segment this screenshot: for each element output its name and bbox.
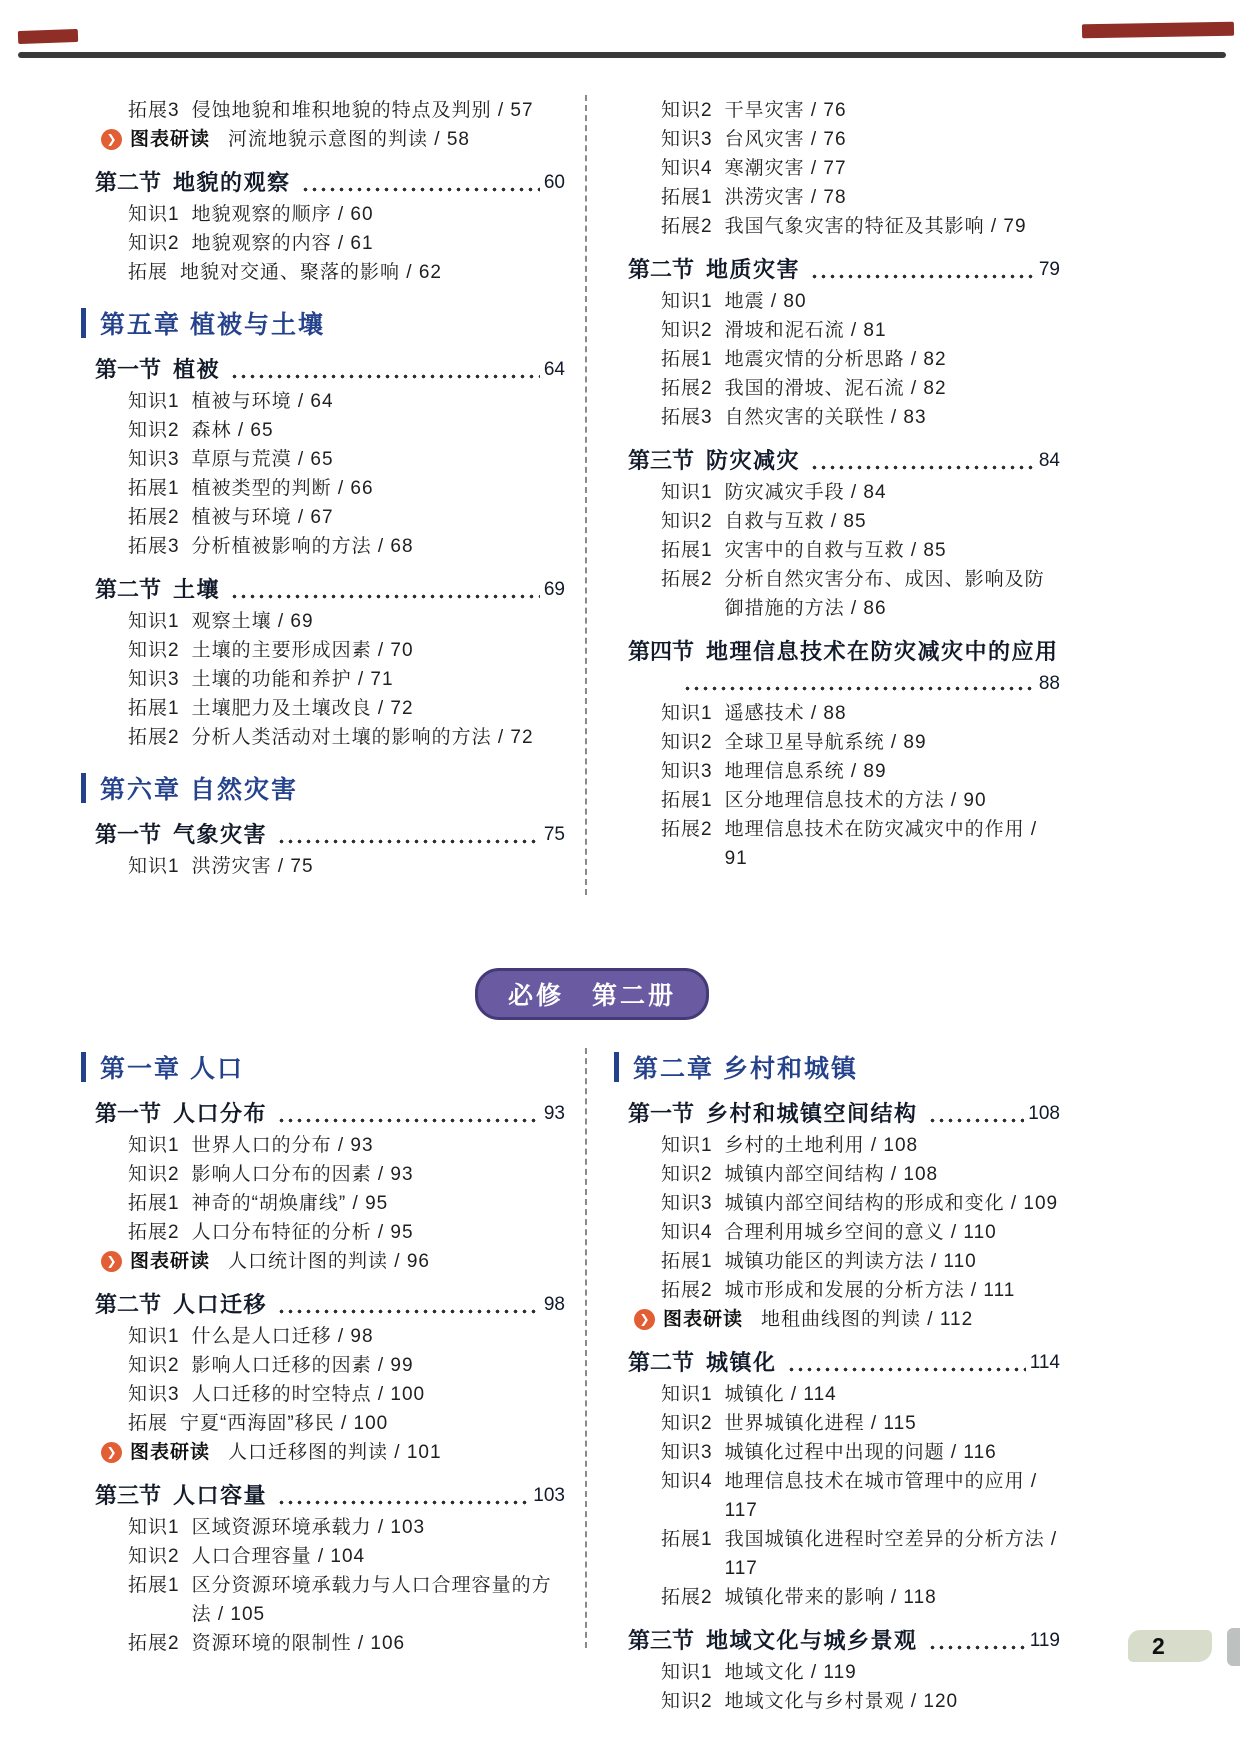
toc-entry: 拓展地貌对交通、聚落的影响 / 62: [128, 258, 565, 287]
section-label: 第一节: [95, 818, 161, 852]
section-page: 64: [544, 353, 565, 387]
entry-text: 区分地理信息技术的方法 / 90: [725, 786, 1060, 815]
top-rule: [18, 52, 1226, 58]
entry-text: 地震灾情的分析思路 / 82: [725, 345, 1060, 374]
section-heading: 第一节气象灾害75: [95, 818, 565, 852]
entry-label: 拓展2: [661, 212, 713, 241]
leader-dots: [928, 1645, 1026, 1650]
entry-label: 拓展1: [661, 1525, 713, 1583]
toc-entry: 知识2地貌观察的内容 / 61: [128, 229, 565, 258]
chapter-bar: [81, 308, 86, 338]
toc-section: 第三节人口容量103知识1区域资源环境承载力 / 103知识2人口合理容量 / …: [95, 1479, 565, 1658]
entry-text: 什么是人口迁移 / 98: [192, 1322, 565, 1351]
entry-text: 区分资源环境承载力与人口合理容量的方法 / 105: [192, 1571, 565, 1629]
section-label: 第一节: [95, 1097, 161, 1131]
section-label: 第二节: [95, 1288, 161, 1322]
entry-label: 知识1: [661, 1658, 713, 1687]
chart-study-entry: ❯图表研读人口统计图的判读 / 96: [101, 1247, 565, 1276]
leader-dots: [787, 1367, 1026, 1372]
section-title: 城镇化: [706, 1346, 777, 1380]
entry-label: 知识1: [661, 287, 713, 316]
entry-text: 影响人口分布的因素 / 93: [192, 1160, 565, 1189]
scan-edge-red-left: [18, 29, 78, 44]
toc-entry: 拓展1植被类型的判断 / 66: [128, 474, 565, 503]
section-heading: 第二节人口迁移98: [95, 1288, 565, 1322]
toc-section: 第四节地理信息技术在防灾减灾中的应用88知识1遥感技术 / 88知识2全球卫星导…: [628, 635, 1060, 873]
section-heading: 第二节城镇化114: [628, 1346, 1060, 1380]
chart-study-icon: ❯: [634, 1309, 655, 1330]
entry-text: 乡村的土地利用 / 108: [725, 1131, 1060, 1160]
toc-entry: 拓展2植被与环境 / 67: [128, 503, 565, 532]
chapter-bar: [81, 773, 86, 803]
entry-label: 知识3: [661, 757, 713, 786]
entry-label: 拓展3: [661, 403, 713, 432]
toc-entry: 知识3人口迁移的时空特点 / 100: [128, 1380, 565, 1409]
section-title: 地域文化与城乡景观: [706, 1624, 918, 1658]
entry-label: 知识2: [128, 1160, 180, 1189]
entry-label: 知识4: [661, 154, 713, 183]
entry-label: 知识2: [661, 728, 713, 757]
leader-dots: [301, 187, 540, 192]
toc-section: 第一节乡村和城镇空间结构108知识1乡村的土地利用 / 108知识2城镇内部空间…: [628, 1097, 1060, 1334]
entry-text: 滑坡和泥石流 / 81: [725, 316, 1060, 345]
entry-text: 观察土壤 / 69: [192, 607, 565, 636]
entry-text: 植被与环境 / 64: [192, 387, 565, 416]
toc-entry: 知识2滑坡和泥石流 / 81: [661, 316, 1060, 345]
leader-dots: [230, 374, 540, 379]
toc-section: 第二节土壤69知识1观察土壤 / 69知识2土壤的主要形成因素 / 70知识3土…: [95, 573, 565, 752]
entry-text: 世界人口的分布 / 93: [192, 1131, 565, 1160]
entry-text: 侵蚀地貌和堆积地貌的特点及判别 / 57: [192, 96, 565, 125]
entry-label: 知识2: [661, 1409, 713, 1438]
section-leader-line: 88: [628, 669, 1060, 699]
toc-entry: 知识3城镇内部空间结构的形成和变化 / 109: [661, 1189, 1060, 1218]
chart-study-label: 图表研读: [130, 1438, 210, 1467]
toc-entry: 知识1地震 / 80: [661, 287, 1060, 316]
chart-study-entry: ❯图表研读河流地貌示意图的判读 / 58: [101, 125, 565, 154]
toc-entry: 知识4寒潮灾害 / 77: [661, 154, 1060, 183]
entry-label: 知识3: [128, 445, 180, 474]
toc-entry: 知识2影响人口分布的因素 / 93: [128, 1160, 565, 1189]
entry-text: 地理信息技术在防灾减灾中的作用 / 91: [725, 815, 1060, 873]
entry-text: 人口分布特征的分析 / 95: [192, 1218, 565, 1247]
section-page: 79: [1039, 253, 1060, 287]
section-page: 84: [1039, 444, 1060, 478]
section-page: 75: [544, 818, 565, 852]
section-page: 98: [544, 1288, 565, 1322]
entry-text: 合理利用城乡空间的意义 / 110: [725, 1218, 1060, 1247]
toc-entry: 知识3地理信息系统 / 89: [661, 757, 1060, 786]
toc-entry: 拓展1区分资源环境承载力与人口合理容量的方法 / 105: [128, 1571, 565, 1629]
entry-label: 知识2: [128, 229, 180, 258]
toc-entry: 知识1植被与环境 / 64: [128, 387, 565, 416]
entry-text: 宁夏“西海固”移民 / 100: [180, 1409, 565, 1438]
entry-label: 知识3: [661, 1189, 713, 1218]
toc-entry: 知识1世界人口的分布 / 93: [128, 1131, 565, 1160]
toc-entry: 拓展1城镇功能区的判读方法 / 110: [661, 1247, 1060, 1276]
chapter-heading: 第五章 植被与土壤: [95, 305, 565, 341]
section-page: 108: [1028, 1097, 1060, 1131]
toc-continuation: 拓展3侵蚀地貌和堆积地貌的特点及判别 / 57❯图表研读河流地貌示意图的判读 /…: [95, 96, 565, 154]
entry-text: 城镇内部空间结构 / 108: [725, 1160, 1060, 1189]
column-divider-top: [585, 95, 587, 895]
entry-label: 知识2: [128, 636, 180, 665]
chart-study-entry: ❯图表研读人口迁移图的判读 / 101: [101, 1438, 565, 1467]
entry-label: 知识1: [128, 1322, 180, 1351]
section-page: 103: [533, 1479, 565, 1513]
toc-entry: 拓展1区分地理信息技术的方法 / 90: [661, 786, 1060, 815]
entry-label: 拓展1: [128, 474, 180, 503]
entry-text: 城市形成和发展的分析方法 / 111: [725, 1276, 1060, 1305]
chapter-bar: [614, 1052, 619, 1082]
section-label: 第三节: [628, 444, 694, 478]
entry-text: 灾害中的自救与互救 / 85: [725, 536, 1060, 565]
section-page: 60: [544, 166, 565, 200]
entry-label: 知识3: [661, 125, 713, 154]
section-page: 69: [544, 573, 565, 607]
entry-label: 拓展1: [128, 1189, 180, 1218]
toc-entry: 拓展1神奇的“胡焕庸线” / 95: [128, 1189, 565, 1218]
entry-text: 城镇化 / 114: [725, 1380, 1060, 1409]
toc-entry: 拓展1洪涝灾害 / 78: [661, 183, 1060, 212]
toc-entry: 拓展3分析植被影响的方法 / 68: [128, 532, 565, 561]
toc-entry: 知识4地理信息技术在城市管理中的应用 / 117: [661, 1467, 1060, 1525]
entry-label: 拓展2: [661, 1583, 713, 1612]
chart-study-icon: ❯: [101, 1442, 122, 1463]
leader-dots: [277, 839, 540, 844]
entry-text: 自救与互救 / 85: [725, 507, 1060, 536]
entry-label: 知识1: [661, 1380, 713, 1409]
toc-entry: 拓展2分析自然灾害分布、成因、影响及防御措施的方法 / 86: [661, 565, 1060, 623]
section-title: 植被: [173, 353, 220, 387]
entry-label: 知识1: [661, 1131, 713, 1160]
entry-text: 区域资源环境承载力 / 103: [192, 1513, 565, 1542]
section-heading: 第三节防灾减灾84: [628, 444, 1060, 478]
section-label: 第一节: [95, 353, 161, 387]
entry-text: 地震 / 80: [725, 287, 1060, 316]
toc-entry: 知识2影响人口迁移的因素 / 99: [128, 1351, 565, 1380]
entry-label: 拓展1: [128, 694, 180, 723]
entry-label: 拓展2: [661, 1276, 713, 1305]
entry-text: 自然灾害的关联性 / 83: [725, 403, 1060, 432]
entry-text: 地貌对交通、聚落的影响 / 62: [180, 258, 565, 287]
entry-label: 知识2: [661, 316, 713, 345]
entry-text: 分析人类活动对土壤的影响的方法 / 72: [192, 723, 565, 752]
toc-entry: 拓展2分析人类活动对土壤的影响的方法 / 72: [128, 723, 565, 752]
toc-section: 第一节气象灾害75知识1洪涝灾害 / 75: [95, 818, 565, 881]
toc-entry: 知识2人口合理容量 / 104: [128, 1542, 565, 1571]
toc-entry: 拓展3侵蚀地貌和堆积地貌的特点及判别 / 57: [128, 96, 565, 125]
chapter-heading: 第二章 乡村和城镇: [628, 1049, 1060, 1085]
entry-text: 防灾减灾手段 / 84: [725, 478, 1060, 507]
entry-text: 城镇化过程中出现的问题 / 116: [725, 1438, 1060, 1467]
toc-entry: 拓展2地理信息技术在防灾减灾中的作用 / 91: [661, 815, 1060, 873]
entry-label: 拓展2: [661, 565, 713, 623]
toc-entry: 知识2自救与互救 / 85: [661, 507, 1060, 536]
entry-text: 台风灾害 / 76: [725, 125, 1060, 154]
entry-label: 知识1: [128, 1513, 180, 1542]
entry-label: 知识1: [661, 478, 713, 507]
entry-label: 知识2: [661, 1687, 713, 1716]
toc-entry: 拓展2资源环境的限制性 / 106: [128, 1629, 565, 1658]
entry-text: 寒潮灾害 / 77: [725, 154, 1060, 183]
leader-dots: [928, 1118, 1025, 1123]
entry-text: 土壤的功能和养护 / 71: [192, 665, 565, 694]
entry-label: 知识1: [128, 387, 180, 416]
toc-entry: 知识1观察土壤 / 69: [128, 607, 565, 636]
toc-entry: 知识2干旱灾害 / 76: [661, 96, 1060, 125]
entry-label: 拓展3: [128, 532, 180, 561]
chart-study-label: 图表研读: [130, 125, 210, 154]
entry-label: 知识4: [661, 1218, 713, 1247]
entry-label: 拓展2: [661, 374, 713, 403]
toc-section: 第一节植被64知识1植被与环境 / 64知识2森林 / 65知识3草原与荒漠 /…: [95, 353, 565, 561]
entry-label: 知识3: [661, 1438, 713, 1467]
section-label: 第三节: [95, 1479, 161, 1513]
entry-label: 知识1: [661, 699, 713, 728]
column-divider-bottom: [585, 1048, 587, 1648]
volume-badge: 必修 第二册: [475, 968, 709, 1020]
entry-text: 遥感技术 / 88: [725, 699, 1060, 728]
entry-text: 洪涝灾害 / 75: [192, 852, 565, 881]
entry-text: 土壤肥力及土壤改良 / 72: [192, 694, 565, 723]
toc-page: 拓展3侵蚀地貌和堆积地貌的特点及判别 / 57❯图表研读河流地貌示意图的判读 /…: [0, 0, 1240, 1753]
entry-text: 地域文化 / 119: [725, 1658, 1060, 1687]
entry-text: 人口统计图的判读 / 96: [228, 1247, 565, 1276]
toc-entry: 拓展2城镇化带来的影响 / 118: [661, 1583, 1060, 1612]
toc-entry: 知识1防灾减灾手段 / 84: [661, 478, 1060, 507]
toc-continuation: 知识2干旱灾害 / 76知识3台风灾害 / 76知识4寒潮灾害 / 77拓展1洪…: [628, 96, 1060, 241]
entry-text: 人口迁移图的判读 / 101: [228, 1438, 565, 1467]
chapter-title: 第二章 乡村和城镇: [633, 1049, 858, 1085]
section-page: 93: [544, 1097, 565, 1131]
section-heading: 第一节植被64: [95, 353, 565, 387]
entry-label: 拓展1: [128, 1571, 180, 1629]
entry-label: 拓展1: [661, 183, 713, 212]
entry-text: 全球卫星导航系统 / 89: [725, 728, 1060, 757]
section-heading: 第二节地质灾害79: [628, 253, 1060, 287]
section-title: 地理信息技术在防灾减灾中的应用: [706, 635, 1059, 669]
toc-entry: 知识3土壤的功能和养护 / 71: [128, 665, 565, 694]
leader-dots: [683, 686, 1035, 691]
toc-entry: 知识2城镇内部空间结构 / 108: [661, 1160, 1060, 1189]
toc-entry: 知识2土壤的主要形成因素 / 70: [128, 636, 565, 665]
toc-column-bottom-left: 第一章 人口第一节人口分布93知识1世界人口的分布 / 93知识2影响人口分布的…: [95, 1048, 565, 1658]
section-title: 防灾减灾: [706, 444, 800, 478]
toc-section: 第三节地域文化与城乡景观119知识1地域文化 / 119知识2地域文化与乡村景观…: [628, 1624, 1060, 1716]
section-label: 第一节: [628, 1097, 694, 1131]
entry-label: 拓展1: [661, 786, 713, 815]
leader-dots: [230, 594, 540, 599]
chart-study-label: 图表研读: [130, 1247, 210, 1276]
chapter-heading: 第一章 人口: [95, 1049, 565, 1085]
entry-text: 人口合理容量 / 104: [192, 1542, 565, 1571]
toc-entry: 拓展2我国气象灾害的特征及其影响 / 79: [661, 212, 1060, 241]
toc-entry: 知识1区域资源环境承载力 / 103: [128, 1513, 565, 1542]
section-page: 119: [1030, 1624, 1060, 1658]
toc-entry: 知识3城镇化过程中出现的问题 / 116: [661, 1438, 1060, 1467]
toc-entry: 拓展2城市形成和发展的分析方法 / 111: [661, 1276, 1060, 1305]
entry-text: 地域文化与乡村景观 / 120: [725, 1687, 1060, 1716]
chapter-bar: [81, 1052, 86, 1082]
chapter-title: 第五章 植被与土壤: [100, 305, 325, 341]
toc-entry: 拓展1我国城镇化进程时空差异的分析方法 / 117: [661, 1525, 1060, 1583]
entry-label: 知识1: [128, 200, 180, 229]
entry-text: 世界城镇化进程 / 115: [725, 1409, 1060, 1438]
toc-section: 第二节地貌的观察60知识1地貌观察的顺序 / 60知识2地貌观察的内容 / 61…: [95, 166, 565, 287]
chart-study-icon: ❯: [101, 1251, 122, 1272]
entry-label: 知识2: [128, 1542, 180, 1571]
entry-label: 知识2: [661, 96, 713, 125]
toc-entry: 知识1乡村的土地利用 / 108: [661, 1131, 1060, 1160]
leader-dots: [277, 1118, 540, 1123]
entry-text: 分析植被影响的方法 / 68: [192, 532, 565, 561]
section-heading: 第三节人口容量103: [95, 1479, 565, 1513]
chart-study-entry: ❯图表研读地租曲线图的判读 / 112: [634, 1305, 1060, 1334]
section-label: 第二节: [628, 253, 694, 287]
section-title: 气象灾害: [173, 818, 267, 852]
section-label: 第二节: [95, 573, 161, 607]
section-title: 地貌的观察: [173, 166, 291, 200]
entry-label: 知识2: [661, 507, 713, 536]
toc-entry: 知识1什么是人口迁移 / 98: [128, 1322, 565, 1351]
entry-label: 知识4: [661, 1467, 713, 1525]
entry-label: 知识3: [128, 1380, 180, 1409]
toc-section: 第二节城镇化114知识1城镇化 / 114知识2世界城镇化进程 / 115知识3…: [628, 1346, 1060, 1612]
section-heading: 第二节土壤69: [95, 573, 565, 607]
section-page: 88: [1039, 669, 1060, 699]
toc-entry: 知识1地貌观察的顺序 / 60: [128, 200, 565, 229]
entry-label: 拓展2: [128, 503, 180, 532]
entry-text: 人口迁移的时空特点 / 100: [192, 1380, 565, 1409]
entry-text: 神奇的“胡焕庸线” / 95: [192, 1189, 565, 1218]
section-label: 第四节: [628, 635, 694, 669]
entry-label: 拓展1: [661, 536, 713, 565]
entry-label: 拓展: [128, 1409, 168, 1438]
section-heading: 第一节人口分布93: [95, 1097, 565, 1131]
leader-dots: [277, 1500, 529, 1505]
page-edge-smudge: [1227, 1628, 1240, 1666]
entry-text: 分析自然灾害分布、成因、影响及防御措施的方法 / 86: [725, 565, 1060, 623]
section-heading: 第三节地域文化与城乡景观119: [628, 1624, 1060, 1658]
section-title: 土壤: [173, 573, 220, 607]
entry-text: 影响人口迁移的因素 / 99: [192, 1351, 565, 1380]
chapter-heading: 第六章 自然灾害: [95, 770, 565, 806]
toc-entry: 拓展1地震灾情的分析思路 / 82: [661, 345, 1060, 374]
entry-text: 草原与荒漠 / 65: [192, 445, 565, 474]
section-label: 第二节: [628, 1346, 694, 1380]
toc-section: 第三节防灾减灾84知识1防灾减灾手段 / 84知识2自救与互救 / 85拓展1灾…: [628, 444, 1060, 623]
section-title: 乡村和城镇空间结构: [706, 1097, 918, 1131]
toc-entry: 知识2森林 / 65: [128, 416, 565, 445]
entry-text: 地理信息系统 / 89: [725, 757, 1060, 786]
toc-entry: 知识4合理利用城乡空间的意义 / 110: [661, 1218, 1060, 1247]
toc-entry: 拓展3自然灾害的关联性 / 83: [661, 403, 1060, 432]
entry-text: 我国城镇化进程时空差异的分析方法 / 117: [725, 1525, 1060, 1583]
section-label: 第二节: [95, 166, 161, 200]
entry-label: 知识3: [128, 665, 180, 694]
section-title: 人口迁移: [173, 1288, 267, 1322]
entry-label: 拓展1: [661, 345, 713, 374]
section-title: 人口分布: [173, 1097, 267, 1131]
entry-text: 资源环境的限制性 / 106: [192, 1629, 565, 1658]
chapter-title: 第一章 人口: [100, 1049, 244, 1085]
entry-text: 植被与环境 / 67: [192, 503, 565, 532]
toc-entry: 拓展2我国的滑坡、泥石流 / 82: [661, 374, 1060, 403]
toc-entry: 知识3草原与荒漠 / 65: [128, 445, 565, 474]
toc-entry: 知识1遥感技术 / 88: [661, 699, 1060, 728]
entry-label: 拓展: [128, 258, 168, 287]
chapter-title: 第六章 自然灾害: [100, 770, 298, 806]
entry-text: 我国的滑坡、泥石流 / 82: [725, 374, 1060, 403]
toc-entry: 知识1地域文化 / 119: [661, 1658, 1060, 1687]
entry-label: 知识1: [128, 852, 180, 881]
toc-entry: 知识1城镇化 / 114: [661, 1380, 1060, 1409]
toc-entry: 知识2全球卫星导航系统 / 89: [661, 728, 1060, 757]
entry-text: 森林 / 65: [192, 416, 565, 445]
toc-entry: 知识2世界城镇化进程 / 115: [661, 1409, 1060, 1438]
entry-label: 知识1: [128, 1131, 180, 1160]
entry-label: 拓展2: [661, 815, 713, 873]
toc-entry: 拓展1土壤肥力及土壤改良 / 72: [128, 694, 565, 723]
entry-text: 植被类型的判断 / 66: [192, 474, 565, 503]
entry-label: 拓展2: [128, 1218, 180, 1247]
entry-label: 知识2: [128, 1351, 180, 1380]
section-page: 114: [1030, 1346, 1060, 1380]
entry-label: 知识1: [128, 607, 180, 636]
toc-entry: 知识2地域文化与乡村景观 / 120: [661, 1687, 1060, 1716]
section-title: 人口容量: [173, 1479, 267, 1513]
entry-text: 地貌观察的顺序 / 60: [192, 200, 565, 229]
entry-text: 河流地貌示意图的判读 / 58: [228, 125, 565, 154]
chart-study-label: 图表研读: [663, 1305, 743, 1334]
entry-text: 我国气象灾害的特征及其影响 / 79: [725, 212, 1060, 241]
entry-text: 土壤的主要形成因素 / 70: [192, 636, 565, 665]
toc-entry: 知识3台风灾害 / 76: [661, 125, 1060, 154]
toc-entry: 拓展宁夏“西海固”移民 / 100: [128, 1409, 565, 1438]
toc-column-bottom-right: 第二章 乡村和城镇第一节乡村和城镇空间结构108知识1乡村的土地利用 / 108…: [628, 1048, 1060, 1716]
toc-section: 第二节地质灾害79知识1地震 / 80知识2滑坡和泥石流 / 81拓展1地震灾情…: [628, 253, 1060, 432]
entry-text: 洪涝灾害 / 78: [725, 183, 1060, 212]
entry-text: 地租曲线图的判读 / 112: [761, 1305, 1060, 1334]
section-label: 第三节: [628, 1624, 694, 1658]
leader-dots: [810, 465, 1035, 470]
entry-label: 拓展1: [661, 1247, 713, 1276]
entry-label: 拓展2: [128, 723, 180, 752]
entry-label: 知识2: [128, 416, 180, 445]
leader-dots: [810, 274, 1035, 279]
section-title: 地质灾害: [706, 253, 800, 287]
toc-entry: 拓展2人口分布特征的分析 / 95: [128, 1218, 565, 1247]
section-heading: 第四节地理信息技术在防灾减灾中的应用: [628, 635, 1060, 669]
entry-text: 城镇化带来的影响 / 118: [725, 1583, 1060, 1612]
entry-text: 地理信息技术在城市管理中的应用 / 117: [725, 1467, 1060, 1525]
entry-label: 拓展3: [128, 96, 180, 125]
section-heading: 第二节地貌的观察60: [95, 166, 565, 200]
entry-text: 城镇内部空间结构的形成和变化 / 109: [725, 1189, 1060, 1218]
leader-dots: [277, 1309, 540, 1314]
chart-study-icon: ❯: [101, 129, 122, 150]
entry-text: 地貌观察的内容 / 61: [192, 229, 565, 258]
section-heading: 第一节乡村和城镇空间结构108: [628, 1097, 1060, 1131]
entry-text: 干旱灾害 / 76: [725, 96, 1060, 125]
toc-section: 第一节人口分布93知识1世界人口的分布 / 93知识2影响人口分布的因素 / 9…: [95, 1097, 565, 1276]
toc-entry: 知识1洪涝灾害 / 75: [128, 852, 565, 881]
page-number-badge: 2: [1128, 1630, 1212, 1662]
entry-text: 城镇功能区的判读方法 / 110: [725, 1247, 1060, 1276]
toc-section: 第二节人口迁移98知识1什么是人口迁移 / 98知识2影响人口迁移的因素 / 9…: [95, 1288, 565, 1467]
entry-label: 知识2: [661, 1160, 713, 1189]
